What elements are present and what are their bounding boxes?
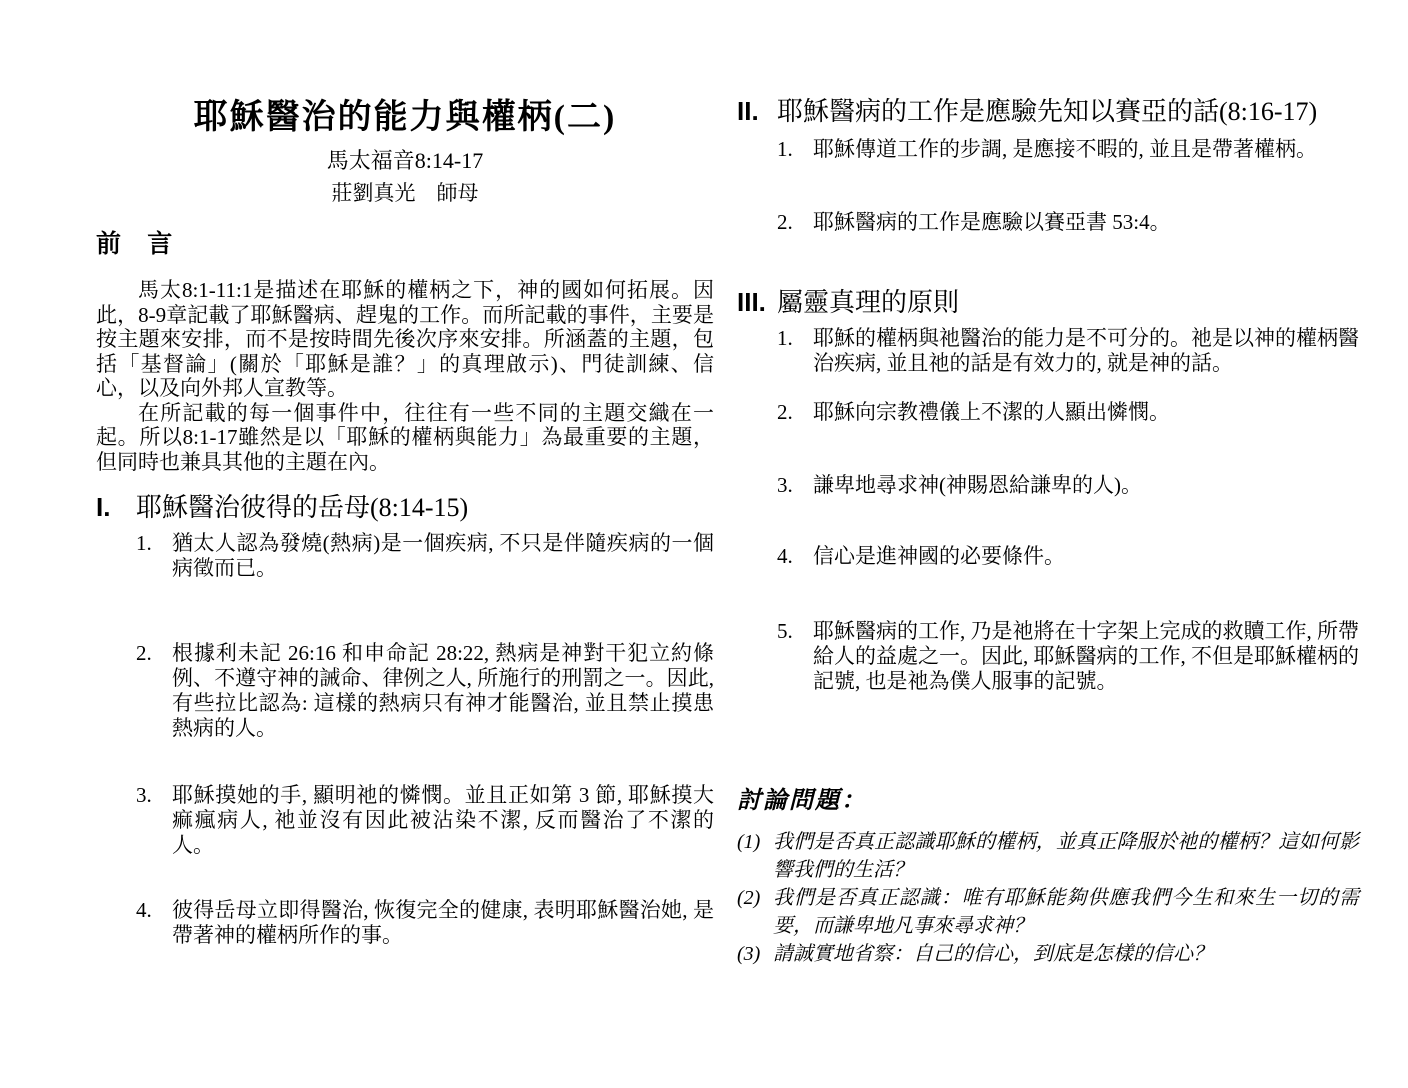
- item-number: 1.: [777, 326, 813, 376]
- section-2-numeral: II.: [737, 96, 777, 127]
- preface-paragraph-1: 馬太8:1-11:1是描述在耶穌的權柄之下，神的國如何拓展。因此，8-9章記載了…: [96, 278, 714, 401]
- section-1-title: 耶穌醫治彼得的岳母(8:14-15): [136, 492, 468, 523]
- section-1-item-1: 1. 猶太人認為發燒(熱病)是一個疾病, 不只是伴隨疾病的一個病徵而已。: [96, 531, 714, 581]
- item-text: 謙卑地尋求神(神賜恩給謙卑的人)。: [813, 473, 1142, 498]
- author-name: 莊劉真光 師母: [96, 180, 714, 206]
- section-2-heading: II. 耶穌醫病的工作是應驗先知以賽亞的話(8:16-17): [737, 96, 1359, 127]
- item-number: 3.: [136, 783, 172, 858]
- item-text: 根據利未記 26:16 和申命記 28:22, 熱病是神對干犯立約條例、不遵守神…: [172, 641, 714, 741]
- section-1-item-3: 3. 耶穌摸她的手, 顯明祂的憐憫。並且正如第 3 節, 耶穌摸大痲瘋病人, 祂…: [96, 783, 714, 858]
- scripture-reference: 馬太福音8:14-17: [96, 148, 714, 174]
- discussion-heading: 討論問題：: [737, 786, 1359, 816]
- question-text: 我們是否真正認識：唯有耶穌能夠供應我們今生和來生一切的需要，而謙卑地凡事來尋求神…: [773, 884, 1359, 940]
- question-text: 請誠實地省察：自己的信心，到底是怎樣的信心？: [773, 940, 1213, 968]
- item-number: 1.: [777, 137, 813, 162]
- preface-paragraph-2: 在所記載的每一個事件中，往往有一些不同的主題交織在一起。所以8:1-17雖然是以…: [96, 401, 714, 475]
- item-text: 耶穌醫病的工作是應驗以賽亞書 53:4。: [813, 210, 1171, 235]
- item-number: 2.: [777, 210, 813, 235]
- section-3-numeral: III.: [737, 287, 777, 318]
- question-number: (3): [737, 940, 773, 968]
- left-column: 耶穌醫治的能力與權柄(二) 馬太福音8:14-17 莊劉真光 師母 前 言 馬太…: [96, 96, 714, 948]
- item-number: 2.: [136, 641, 172, 741]
- item-text: 信心是進神國的必要條件。: [813, 544, 1065, 569]
- item-number: 5.: [777, 619, 813, 694]
- section-2-item-1: 1. 耶穌傳道工作的步調, 是應接不暇的, 並且是帶著權柄。: [737, 137, 1359, 162]
- item-text: 彼得岳母立即得醫治, 恢復完全的健康, 表明耶穌醫治她, 是帶著神的權柄所作的事…: [172, 898, 714, 948]
- item-text: 耶穌的權柄與祂醫治的能力是不可分的。祂是以神的權柄醫治疾病, 並且祂的話是有效力…: [813, 326, 1359, 376]
- item-text: 耶穌摸她的手, 顯明祂的憐憫。並且正如第 3 節, 耶穌摸大痲瘋病人, 祂並沒有…: [172, 783, 714, 858]
- section-1-heading: I. 耶穌醫治彼得的岳母(8:14-15): [96, 492, 714, 523]
- item-text: 耶穌醫病的工作, 乃是祂將在十字架上完成的救贖工作, 所帶給人的益處之一。因此,…: [813, 619, 1359, 694]
- discussion-question-3: (3) 請誠實地省察：自己的信心，到底是怎樣的信心？: [737, 940, 1359, 968]
- section-1-numeral: I.: [96, 492, 136, 523]
- question-number: (1): [737, 828, 773, 884]
- item-number: 1.: [136, 531, 172, 581]
- section-3-title: 屬靈真理的原則: [777, 287, 959, 318]
- item-text: 耶穌傳道工作的步調, 是應接不暇的, 並且是帶著權柄。: [813, 137, 1317, 162]
- section-3-item-3: 3. 謙卑地尋求神(神賜恩給謙卑的人)。: [737, 473, 1359, 498]
- question-text: 我們是否真正認識耶穌的權柄，並真正降服於祂的權柄？這如何影響我們的生活？: [773, 828, 1359, 884]
- document-page: 耶穌醫治的能力與權柄(二) 馬太福音8:14-17 莊劉真光 師母 前 言 馬太…: [0, 0, 1408, 1088]
- item-text: 猶太人認為發燒(熱病)是一個疾病, 不只是伴隨疾病的一個病徵而已。: [172, 531, 714, 581]
- section-1-item-2: 2. 根據利未記 26:16 和申命記 28:22, 熱病是神對干犯立約條例、不…: [96, 641, 714, 741]
- document-title: 耶穌醫治的能力與權柄(二): [96, 96, 714, 140]
- section-2-title: 耶穌醫病的工作是應驗先知以賽亞的話(8:16-17): [777, 96, 1317, 127]
- section-3-item-4: 4. 信心是進神國的必要條件。: [737, 544, 1359, 569]
- discussion-question-2: (2) 我們是否真正認識：唯有耶穌能夠供應我們今生和來生一切的需要，而謙卑地凡事…: [737, 884, 1359, 940]
- section-2-item-2: 2. 耶穌醫病的工作是應驗以賽亞書 53:4。: [737, 210, 1359, 235]
- section-3-item-2: 2. 耶穌向宗教禮儀上不潔的人顯出憐憫。: [737, 400, 1359, 425]
- section-3-item-1: 1. 耶穌的權柄與祂醫治的能力是不可分的。祂是以神的權柄醫治疾病, 並且祂的話是…: [737, 326, 1359, 376]
- preface-heading: 前 言: [96, 230, 714, 260]
- item-number: 3.: [777, 473, 813, 498]
- section-3-heading: III. 屬靈真理的原則: [737, 287, 1359, 318]
- section-3-item-5: 5. 耶穌醫病的工作, 乃是祂將在十字架上完成的救贖工作, 所帶給人的益處之一。…: [737, 619, 1359, 694]
- item-number: 4.: [777, 544, 813, 569]
- question-number: (2): [737, 884, 773, 940]
- right-column: II. 耶穌醫病的工作是應驗先知以賽亞的話(8:16-17) 1. 耶穌傳道工作…: [737, 96, 1359, 968]
- item-text: 耶穌向宗教禮儀上不潔的人顯出憐憫。: [813, 400, 1170, 425]
- section-1-item-4: 4. 彼得岳母立即得醫治, 恢復完全的健康, 表明耶穌醫治她, 是帶著神的權柄所…: [96, 898, 714, 948]
- discussion-question-1: (1) 我們是否真正認識耶穌的權柄，並真正降服於祂的權柄？這如何影響我們的生活？: [737, 828, 1359, 884]
- item-number: 2.: [777, 400, 813, 425]
- item-number: 4.: [136, 898, 172, 948]
